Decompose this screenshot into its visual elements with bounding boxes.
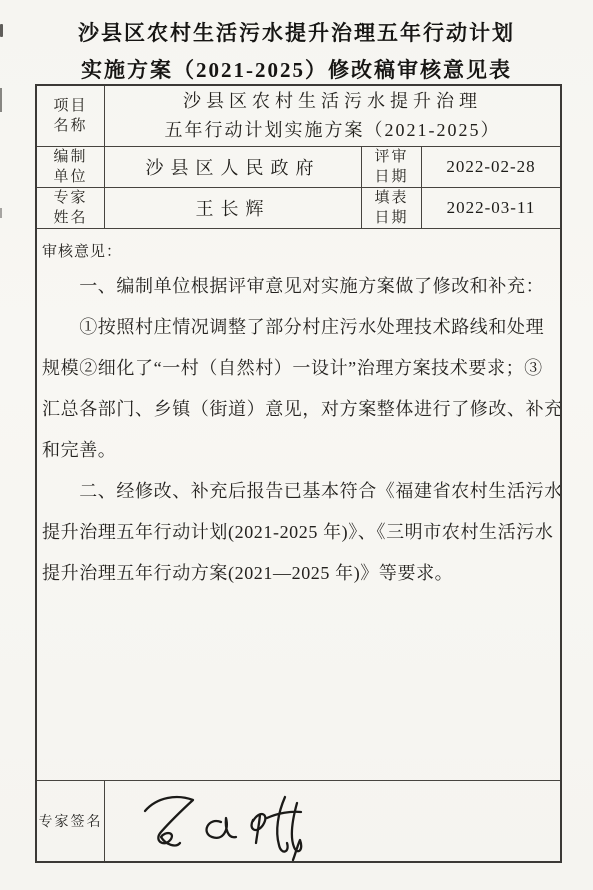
- scan-artifact: [0, 24, 3, 37]
- review-date-value: 2022-02-28: [422, 147, 560, 188]
- expert-name-value: 王长辉: [105, 188, 362, 229]
- review-opinion-line: 提升治理五年行动方案(2021—2025 年)》等要求。: [42, 553, 554, 594]
- scan-artifact: [0, 208, 2, 218]
- fill-date-label: 填表 日期: [362, 188, 422, 229]
- review-opinion-line: 汇总各部门、乡镇（街道）意见，对方案整体进行了修改、补充: [42, 389, 554, 430]
- expert-signature-cell: [105, 781, 560, 861]
- expert-name-label: 专家 姓名: [37, 188, 105, 229]
- review-opinion-line: 和完善。: [42, 430, 554, 471]
- expert-signature-label: 专家签名: [37, 781, 105, 861]
- project-name-value: 沙县区农村生活污水提升治理 五年行动计划实施方案（2021-2025）: [105, 86, 560, 147]
- review-date-label: 评审 日期: [362, 147, 422, 188]
- review-opinion-line: 规模②细化了“一村（自然村）一设计”治理方案技术要求；③: [42, 348, 554, 389]
- review-opinion-heading: 审核意见：: [42, 240, 554, 261]
- review-opinion-line: 提升治理五年行动计划(2021-2025 年)》、《三明市农村生活污水: [42, 512, 554, 553]
- review-opinion-line: 一、编制单位根据评审意见对实施方案做了修改和补充：: [42, 266, 554, 307]
- project-name-label: 项目 名称: [37, 86, 105, 147]
- document-title-line-1: 沙县区农村生活污水提升治理五年行动计划: [0, 17, 593, 47]
- review-opinion-line: ①按照村庄情况调整了部分村庄污水处理技术路线和处理: [42, 307, 554, 348]
- review-opinion-line: 二、经修改、补充后报告已基本符合《福建省农村生活污水: [42, 471, 554, 512]
- handwritten-signature: [133, 785, 323, 861]
- review-opinion-body: 一、编制单位根据评审意见对实施方案做了修改和补充： ①按照村庄情况调整了部分村庄…: [42, 266, 554, 594]
- review-form-table: 项目 名称 沙县区农村生活污水提升治理 五年行动计划实施方案（2021-2025…: [35, 84, 562, 863]
- review-opinion-cell: 审核意见： 一、编制单位根据评审意见对实施方案做了修改和补充： ①按照村庄情况调…: [37, 229, 560, 781]
- fill-date-value: 2022-03-11: [422, 188, 560, 229]
- document-title-line-2: 实施方案（2021-2025）修改稿审核意见表: [0, 54, 593, 84]
- prepared-by-label: 编制 单位: [37, 147, 105, 188]
- prepared-by-value: 沙县区人民政府: [105, 147, 362, 188]
- scan-artifact: [0, 88, 2, 112]
